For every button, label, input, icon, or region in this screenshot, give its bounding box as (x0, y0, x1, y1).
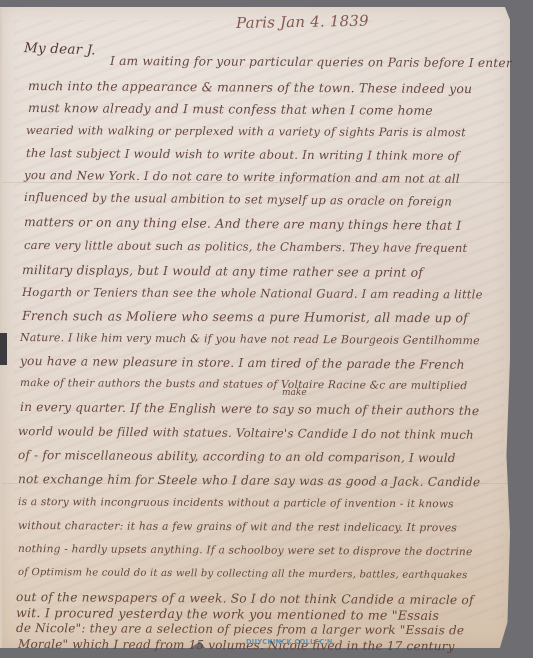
interlinear-insertion: make (282, 388, 307, 398)
page-tab-marker (0, 333, 7, 365)
letter-line: wit. I procured yesterday the work you m… (16, 605, 439, 623)
letter-line: wearied with walking or perplexed with a… (26, 123, 466, 139)
letter-line: much into the appearance & manners of th… (28, 78, 472, 96)
letter-line: de Nicole": they are a selection of piec… (16, 621, 464, 637)
collection-stamp: DUYCKINCK COLLEC'N. (246, 638, 335, 646)
paper-stain (266, 647, 272, 651)
letter-line: Morale" which I read from 15 volumes. Ni… (18, 637, 455, 653)
letter-date: Paris Jan 4. 1839 (236, 12, 369, 32)
letter-salutation: My dear J. (24, 40, 96, 58)
letter-line: is a story with incongruous incidents wi… (18, 496, 454, 510)
scanned-letter-viewer: Paris Jan 4. 1839 My dear J. I am waitin… (0, 0, 533, 658)
letter-line: Hogarth or Teniers than see the whole Na… (22, 285, 483, 301)
letter-line: must know already and I must confess tha… (28, 100, 433, 118)
letter-line: without character: it has a few grains o… (18, 519, 457, 534)
letter-line: French such as Moliere who seems a pure … (22, 308, 468, 325)
letter-line: I am waiting for your particular queries… (110, 54, 512, 70)
letter-line: military displays, but I would at any ti… (22, 262, 423, 280)
